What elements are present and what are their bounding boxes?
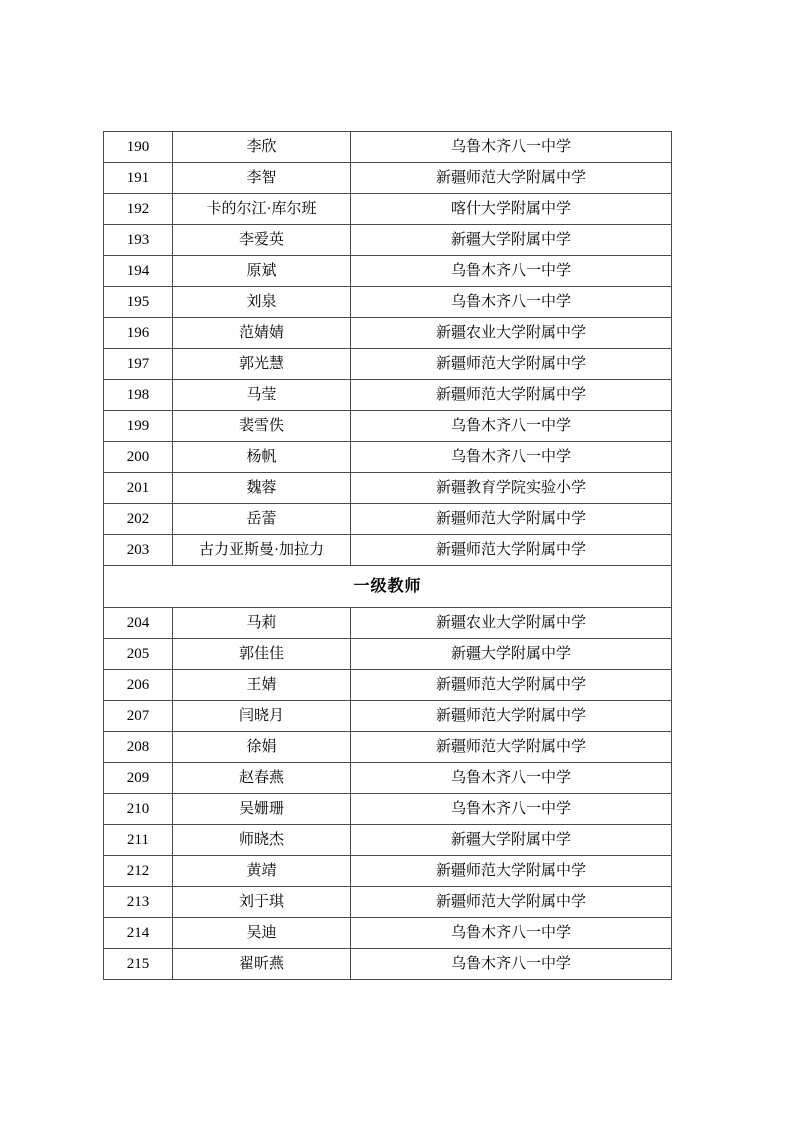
school-name-cell: 新疆师范大学附属中学 bbox=[351, 701, 672, 732]
school-name-cell: 新疆师范大学附属中学 bbox=[351, 504, 672, 535]
table-row: 202岳蕾新疆师范大学附属中学 bbox=[104, 504, 672, 535]
school-name-cell: 新疆师范大学附属中学 bbox=[351, 670, 672, 701]
teacher-name-cell: 郭佳佳 bbox=[173, 639, 351, 670]
teacher-name-cell: 徐娟 bbox=[173, 732, 351, 763]
school-name-cell: 乌鲁木齐八一中学 bbox=[351, 949, 672, 980]
row-number-cell: 190 bbox=[104, 132, 173, 163]
row-number-cell: 207 bbox=[104, 701, 173, 732]
row-number-cell: 209 bbox=[104, 763, 173, 794]
school-name-cell: 新疆大学附属中学 bbox=[351, 639, 672, 670]
row-number-cell: 201 bbox=[104, 473, 173, 504]
row-number-cell: 205 bbox=[104, 639, 173, 670]
teacher-name-cell: 翟昕燕 bbox=[173, 949, 351, 980]
teacher-name-cell: 原斌 bbox=[173, 256, 351, 287]
teacher-name-cell: 马莉 bbox=[173, 608, 351, 639]
table-row: 208徐娟新疆师范大学附属中学 bbox=[104, 732, 672, 763]
school-name-cell: 新疆教育学院实验小学 bbox=[351, 473, 672, 504]
table-row: 211师晓杰新疆大学附属中学 bbox=[104, 825, 672, 856]
table-row: 215翟昕燕乌鲁木齐八一中学 bbox=[104, 949, 672, 980]
teacher-name-cell: 刘于琪 bbox=[173, 887, 351, 918]
teacher-name-cell: 李智 bbox=[173, 163, 351, 194]
section-title: 一级教师 bbox=[104, 566, 672, 608]
school-name-cell: 乌鲁木齐八一中学 bbox=[351, 132, 672, 163]
row-number-cell: 204 bbox=[104, 608, 173, 639]
teacher-name-cell: 闫晓月 bbox=[173, 701, 351, 732]
table-row: 203古力亚斯曼·加拉力新疆师范大学附属中学 bbox=[104, 535, 672, 566]
row-number-cell: 202 bbox=[104, 504, 173, 535]
table-row: 192卡的尔江·库尔班喀什大学附属中学 bbox=[104, 194, 672, 225]
row-number-cell: 195 bbox=[104, 287, 173, 318]
teacher-name-cell: 黄靖 bbox=[173, 856, 351, 887]
school-name-cell: 新疆师范大学附属中学 bbox=[351, 163, 672, 194]
school-name-cell: 新疆师范大学附属中学 bbox=[351, 856, 672, 887]
row-number-cell: 214 bbox=[104, 918, 173, 949]
teacher-name-cell: 卡的尔江·库尔班 bbox=[173, 194, 351, 225]
row-number-cell: 191 bbox=[104, 163, 173, 194]
row-number-cell: 211 bbox=[104, 825, 173, 856]
table-row: 190李欣乌鲁木齐八一中学 bbox=[104, 132, 672, 163]
teacher-name-cell: 马莹 bbox=[173, 380, 351, 411]
teacher-name-cell: 古力亚斯曼·加拉力 bbox=[173, 535, 351, 566]
row-number-cell: 199 bbox=[104, 411, 173, 442]
table-row: 207闫晓月新疆师范大学附属中学 bbox=[104, 701, 672, 732]
table-row: 213刘于琪新疆师范大学附属中学 bbox=[104, 887, 672, 918]
row-number-cell: 210 bbox=[104, 794, 173, 825]
teacher-name-cell: 裴雪佚 bbox=[173, 411, 351, 442]
school-name-cell: 乌鲁木齐八一中学 bbox=[351, 411, 672, 442]
table-row: 193李爱英新疆大学附属中学 bbox=[104, 225, 672, 256]
row-number-cell: 213 bbox=[104, 887, 173, 918]
school-name-cell: 乌鲁木齐八一中学 bbox=[351, 256, 672, 287]
school-name-cell: 新疆农业大学附属中学 bbox=[351, 608, 672, 639]
table-row: 198马莹新疆师范大学附属中学 bbox=[104, 380, 672, 411]
table-row: 199裴雪佚乌鲁木齐八一中学 bbox=[104, 411, 672, 442]
row-number-cell: 215 bbox=[104, 949, 173, 980]
teacher-name-cell: 吴迪 bbox=[173, 918, 351, 949]
teacher-name-cell: 杨帆 bbox=[173, 442, 351, 473]
table-row: 212黄靖新疆师范大学附属中学 bbox=[104, 856, 672, 887]
school-name-cell: 乌鲁木齐八一中学 bbox=[351, 287, 672, 318]
table-row: 204马莉新疆农业大学附属中学 bbox=[104, 608, 672, 639]
teacher-roster-table: 190李欣乌鲁木齐八一中学191李智新疆师范大学附属中学192卡的尔江·库尔班喀… bbox=[103, 131, 672, 980]
table-row: 197郭光慧新疆师范大学附属中学 bbox=[104, 349, 672, 380]
school-name-cell: 乌鲁木齐八一中学 bbox=[351, 794, 672, 825]
school-name-cell: 乌鲁木齐八一中学 bbox=[351, 442, 672, 473]
school-name-cell: 乌鲁木齐八一中学 bbox=[351, 763, 672, 794]
school-name-cell: 乌鲁木齐八一中学 bbox=[351, 918, 672, 949]
teacher-name-cell: 赵春燕 bbox=[173, 763, 351, 794]
table-row: 206王婧新疆师范大学附属中学 bbox=[104, 670, 672, 701]
school-name-cell: 喀什大学附属中学 bbox=[351, 194, 672, 225]
row-number-cell: 196 bbox=[104, 318, 173, 349]
school-name-cell: 新疆师范大学附属中学 bbox=[351, 349, 672, 380]
document-page: 190李欣乌鲁木齐八一中学191李智新疆师范大学附属中学192卡的尔江·库尔班喀… bbox=[0, 0, 793, 1122]
school-name-cell: 新疆师范大学附属中学 bbox=[351, 887, 672, 918]
teacher-name-cell: 郭光慧 bbox=[173, 349, 351, 380]
teacher-name-cell: 范婧婧 bbox=[173, 318, 351, 349]
row-number-cell: 208 bbox=[104, 732, 173, 763]
teacher-name-cell: 李欣 bbox=[173, 132, 351, 163]
row-number-cell: 193 bbox=[104, 225, 173, 256]
row-number-cell: 197 bbox=[104, 349, 173, 380]
row-number-cell: 212 bbox=[104, 856, 173, 887]
school-name-cell: 新疆农业大学附属中学 bbox=[351, 318, 672, 349]
table-row: 195刘泉乌鲁木齐八一中学 bbox=[104, 287, 672, 318]
teacher-name-cell: 刘泉 bbox=[173, 287, 351, 318]
section-header-row: 一级教师 bbox=[104, 566, 672, 608]
table-row: 205郭佳佳新疆大学附属中学 bbox=[104, 639, 672, 670]
table-row: 214吴迪乌鲁木齐八一中学 bbox=[104, 918, 672, 949]
row-number-cell: 206 bbox=[104, 670, 173, 701]
row-number-cell: 192 bbox=[104, 194, 173, 225]
school-name-cell: 新疆师范大学附属中学 bbox=[351, 732, 672, 763]
teacher-roster-body: 190李欣乌鲁木齐八一中学191李智新疆师范大学附属中学192卡的尔江·库尔班喀… bbox=[104, 132, 672, 980]
row-number-cell: 194 bbox=[104, 256, 173, 287]
table-row: 209赵春燕乌鲁木齐八一中学 bbox=[104, 763, 672, 794]
table-row: 191李智新疆师范大学附属中学 bbox=[104, 163, 672, 194]
row-number-cell: 203 bbox=[104, 535, 173, 566]
teacher-name-cell: 魏蓉 bbox=[173, 473, 351, 504]
school-name-cell: 新疆师范大学附属中学 bbox=[351, 380, 672, 411]
table-row: 210吴姗珊乌鲁木齐八一中学 bbox=[104, 794, 672, 825]
teacher-name-cell: 吴姗珊 bbox=[173, 794, 351, 825]
table-row: 194原斌乌鲁木齐八一中学 bbox=[104, 256, 672, 287]
row-number-cell: 198 bbox=[104, 380, 173, 411]
table-row: 200杨帆乌鲁木齐八一中学 bbox=[104, 442, 672, 473]
table-row: 196范婧婧新疆农业大学附属中学 bbox=[104, 318, 672, 349]
school-name-cell: 新疆师范大学附属中学 bbox=[351, 535, 672, 566]
row-number-cell: 200 bbox=[104, 442, 173, 473]
teacher-name-cell: 王婧 bbox=[173, 670, 351, 701]
school-name-cell: 新疆大学附属中学 bbox=[351, 225, 672, 256]
school-name-cell: 新疆大学附属中学 bbox=[351, 825, 672, 856]
teacher-name-cell: 李爱英 bbox=[173, 225, 351, 256]
teacher-name-cell: 岳蕾 bbox=[173, 504, 351, 535]
teacher-name-cell: 师晓杰 bbox=[173, 825, 351, 856]
table-row: 201魏蓉新疆教育学院实验小学 bbox=[104, 473, 672, 504]
